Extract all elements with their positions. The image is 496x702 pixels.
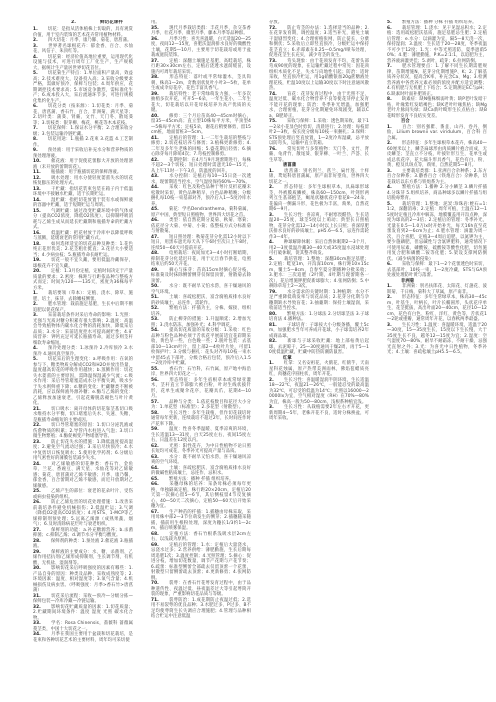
item-number: 62. [151,444,159,449]
text-column-4: 5.繁殖方法：播种 分株 扦插 组织培养。6.栽培管理：1.浇水：见干见湿忌积水… [387,20,487,688]
list-item: 44.采收：红色及粉色品种于萼片反折花瓣未松散时采切，黄色品种稍早，白色品种稍晚… [151,185,251,207]
list-item: 18.如何选择适宜的切花品种及种类：1.花色纯正花形优美；2.花茎粗壮挺直；3.… [33,242,133,259]
item-number: 7. [387,64,392,69]
item-number: 51. [151,295,159,300]
item-text: 红掌：又名安祖花、火鹤花、红鹤芋，天南星科花烛属，原产热带美洲雨林，佛焰苞蜡质亮… [269,361,369,377]
item-text: 切花菊生产特点：1.单位面积产量高，效益高；2.技术难度大，设备投入高；3.采收… [33,71,133,104]
list-item: 2.肥水管理：栽前施足基肥，生长中后期不断追肥以促花保产。 [33,302,133,313]
item-text: 繁殖方法：扦插为主，分株、嫁接、组织培养。 [151,306,251,317]
item-number: 6. [387,26,392,31]
item-number: 81. [269,323,277,328]
item-number: 1. [33,291,38,296]
list-item: 35.现代月季栽培类群：丰花月季、杂交茶香月季、壮花月季、微型月季、藤本月季等品… [151,26,251,37]
list-item: 19.切花一般不宜久藏，要用低温冷藏保存，球根花卉不宜久藏。 [33,258,133,269]
list-item: 25.乙烯产生的部位：衰老的花朵叶片、受伤或病虫侵染的组织。 [33,489,133,500]
list-item: 29.保鲜液的主要成分：水、糖、杀菌剂、乙烯作用拮抗剂/乙烯形成抑制剂、生长调节… [33,550,133,567]
document-page: 2. 鲜切花课件 1.切花：是指从活体植株上切取的，具有观赏价值，用于室内装饰的… [0,0,496,702]
item-text: 肥水管理要点：1.了解不同生长期需肥规律，苗期增施N，花芽分化期增施P、K；2.… [387,64,487,97]
item-text: 保鲜液的主要成分：水、糖、杀菌剂、乙烯作用拮抗剂/乙烯形成抑制剂、生长调节剂、有… [33,550,133,566]
item-number: 2. [269,378,274,383]
list-item: 13.干贮藏：指切花装束包装在箱子内于低温环境中不接触水贮藏，适于长期贮运。 [33,187,133,198]
item-number: 5. [33,357,38,362]
list-item: 46.类型：依自然花期分夏菊、秋菊、寒菊；依花径分大菊、中菊、小菊；依整枝方式分… [151,218,251,235]
list-item: 56.形态特征：多年生宿根草本或常绿亚灌木，茎秆直立节部膨大被白粉，叶对生线状披… [151,378,251,400]
item-number: 40. [151,114,159,119]
list-item: 4.种球解除休眠：采后自然休眠期2—3个月，用2—3度低温冷藏30—40天或35… [269,240,369,257]
item-text: 月季习性：喜光喜温暖，白天适温20—25度，夜间12—15度，喜肥沃湿润排水良好… [151,37,251,59]
item-text: 切花分类（按来源）：1.切花类：月季、菊花、唐菖蒲、香石竹、百合、非洲菊、满天星… [33,104,133,126]
item-number: 46. [151,218,159,223]
list-item: 28.保鲜剂的种类：1.预处液 2.催花液 3.瓶插液。 [33,539,133,550]
item-text: 唐菖蒲：别名剑兰、菖兰、扁竹莲、十样锦，鸢尾科唐菖蒲属，原产南非好望角，世界四大… [269,169,369,185]
list-item: 1.红掌：又名安祖花、火鹤花、红鹤芋，天南星科花烛属，原产热带美洲雨林，佛焰苞蜡… [269,361,369,378]
list-item: 3.世界著名球根花卉：郁金香、百合、水仙花、风信子、朱顶红等。 [33,44,133,55]
list-item: 2.形态特征：多年生球根草本，具扁球形球茎，外被膜质鳞被，株高60—150cm，… [269,185,369,213]
item-text: 摘心与抹芽：苗高15cm时摘心促分枝，标准菊及时抹除侧蕾侧芽仅保留顶蕾，射散菊去… [151,268,251,284]
item-text: 生长习性：多年生栽植，但作切花栽培时通常每年更新，连续栽培不超过2年，长时间连作… [151,411,251,427]
item-text: 栽培管理：1.整地：深翻30cm施足基肥；2.定植：畦宽1m，开沟深10cm，株… [269,257,369,290]
list-item: 69.定植后的管理：1.水：定植后大量浇水，忌浇水过多；2.营养供给：薄肥勤施，… [151,543,251,582]
list-item: 43.水分控制：定植后每10—15日浇一次透水，现蕾期适当控水，空气湿度保持60… [151,174,251,185]
item-number: 44. [151,185,159,190]
list-item: 50.水分：既不耐旱又怕水涝，喜干燥通风的空气环境。 [151,284,251,295]
item-number: 56. [151,378,159,383]
item-number: 3. [269,213,274,218]
item-number: 30. [33,566,41,571]
list-item: 76.常见切叶与多浆植物：天门冬、文竹、肾蕨、龟背竹、散尾葵、银芽柳、一叶兰、芦… [269,147,369,164]
item-number: 54. [151,328,159,333]
item-number: 55. [151,367,159,372]
item-number: 2. [269,185,274,190]
text-column-1: 2. 鲜切花课件 1.切花：是指从活体植株上切取的，具有观赏价值，用于室内装饰的… [33,20,133,688]
item-number: 68. [151,532,159,537]
list-item: 2.形态特征：多年生球根草本花卉，株高40—60厘米以上，鳞茎扁球形由肉质鳞片抱… [387,141,487,169]
list-item: 47.短日照处理：秋菊花芽分化需12小时以下短日，用黑布遮光每天从下午6时至次日… [151,235,251,252]
item-text: 短日照处理：秋菊花芽分化需12小时以下短日，用黑布遮光每天从下午6时至次日上午8… [151,235,251,251]
item-text: 生长习性：从栽植需要2年左右才开花，更新周期4—5年，老株开花不良，适时分株换盆… [269,405,369,421]
list-item: 30.影响切花采后呼吸强度的因素有哪些：1.产品自身的原因：种类及品种、采收成熟… [33,566,133,594]
item-number: 39. [151,92,159,97]
item-number: 63. [151,455,159,460]
item-number: 20. [33,269,41,274]
item-text: 气调贮藏：通过改变贮藏环境中的气体成分（提高CO2浓度、降低O2浓度），以抑制呼… [33,209,133,231]
item-text: 用。 [151,20,160,25]
list-item: 81.子球培育：子球按大小分级条播，覆土5cm，加强肥水当年可养成开花球，小子球… [269,323,369,340]
list-item: 14.湿贮藏：指把切花放置于装有水或保鲜液的容器中贮藏，适于短期贮运与周转。 [33,198,133,209]
list-item: 5.栽培管理：1.整地：泥炭:珍珠岩:蛭石=1:1:2，深翻消毒；2.定植：周年… [387,202,487,263]
list-item: 6.栽培管理：1.浇水：见干见湿忌积水；2.定植：选用疏松肥沃基质，施足基肥忌生… [387,26,487,65]
item-text: 唐菖蒲 [283,163,296,168]
item-text: 切花保鲜：1.保证水分平衡；2.合理采收分级；3.包装运输冷链贮藏。 [33,126,133,137]
list-item: 1.栽培要领（草本）：定植、浇水、除草、施肥、培土、抹芽、去除嫩枝侧蕾。 [33,291,133,302]
text-column-2: 用。35.现代月季栽培类群：丰花月季、杂交茶香月季、壮花月季、微型月季、藤本月季… [151,20,251,688]
item-text: 采收与保鲜：1.采收：透色期采收，最下1—2朵小花显色时剪切，清晨进行；2.处理… [269,119,369,146]
item-text: 肥水管理：栽前施足基肥，生长中后期不断追肥以促花保产。 [33,302,133,313]
item-text: 对乙烯敏感的切花种类：香石竹、金鱼草、兰花、香豌豆、满天星、水仙花等对乙烯敏感；… [33,462,133,489]
item-text: 生长习性：喜温暖湿润半阴环境，生长适温18—22℃，夜温21—26℃，一般能忍受… [269,378,369,405]
item-number: 50. [151,284,159,289]
item-text: 定植：1.3月份定植，定植时间决定于产量质量的要求；2.密度：株距与行距依品种与… [33,269,133,291]
item-number: 12. [33,176,41,181]
list-item: 59.温度：性喜冬季温暖、夏季凉爽的环境，生长适温13—31度，白天25度左右，… [151,427,251,444]
item-number: 49. [151,268,159,273]
item-number: 4. [33,346,38,351]
list-item: 67.生产种苗的扦插：1.插穗由母株采取，采用母株中部2—3节位萌发生的侧芽；2… [151,510,251,532]
item-number: 13. [33,187,41,192]
item-text: 新球与子球采收贮藏：地上部枯黄后起球，去泥晾干，25—30度通风干燥2周，再于5… [269,339,369,355]
item-text: 采穗母株的培养：采条母株必须每年更换，单独隔离定植，株行距20×20cm，定植后… [151,482,251,509]
item-text: 世界著名球根花卉：郁金香、百合、水仙花、风信子、朱顶红等。 [33,44,133,55]
list-item: 5.栽培管理：1.整地：深翻30cm施足基肥；2.定植：畦宽1m，开沟深10cm… [269,257,369,290]
item-text: 提高切花质量的采收分级：1.采收：红色品种与粉色品种必须于舌状花平展前适宜花彩期… [151,328,251,366]
item-number: 52. [151,306,159,311]
item-number: 43. [151,174,159,179]
item-number: 28. [33,539,41,544]
item-text: 采前栽培条件对采后寿命的影响：1.光照：光强与光质对糖分积累有很大影响；2.温度… [33,313,133,346]
list-item: 53.防止柳芽的措施：1.升温顺延；2.增加光照；3.浇水防冻，加强补光；4.科… [151,317,251,328]
item-number: 10. [33,159,41,164]
item-text: 繁殖方法：播种 分株 扦插 组织培养。 [402,20,477,25]
list-item: 21.切口吸水：离开母体的切花靠茎基切口吸水维持水分平衡，切口堵塞后失水、失速、… [33,407,133,424]
item-number: 71. [151,598,159,603]
item-text: 切花菊：经济价值高地位重要，运用现代化设施与技术，可进行周年工厂化生产，生产规模… [33,55,133,71]
item-number: 5. [269,257,274,262]
item-text: 保鲜剂的种类：1.预处液 2.催花液 3.瓶插液。 [33,539,133,550]
list-item: 66.采穗母株的培养：采条母株必须每年更换，单独隔离定植，株行距20×20cm，… [151,482,251,510]
item-number: 67. [151,510,159,515]
item-number: 3. [387,169,392,174]
list-item: 64.土壤：喜疏松肥沃、富含腐殖质排水良好的微碱性粘质壤土，忌连作、忌积水。 [151,466,251,477]
item-number: 18. [33,242,41,247]
list-item: 54.提高切花质量的采收分级：1.采收：红色品种与粉色品种必须于舌状花平展前适宜… [151,328,251,367]
item-text: 如何选择适宜的切花品种及种类：1.花色纯正花形优美；2.花茎粗壮挺直；3.花径大… [33,242,133,258]
list-item: 42.花期控制：在4月与9月现蕾期进行，每株不超2—3个切枝；短日处理时需遮光1… [151,158,251,175]
list-item: 79.水分需求的关键时期：1.种植期：水分不足严重降低萌发率与切花品质；2.花芽… [269,290,369,312]
item-number: 34. [33,632,41,637]
item-text: 吸水处理：用水分使轻度萎蔫失水的切花恢复膨压的处理方式。 [33,176,133,187]
list-item: 16.低温贮藏：把花材放于冷库中以降低呼吸与蒸腾，延缓衰老的常用贮藏方式。 [33,231,133,242]
item-text: 栽培特性：老干常绿萌发力强，一年多次抽梢多次开花，可开5—6朵，一年生花小，二年… [151,92,251,114]
item-number: 66. [151,482,159,487]
list-item: 63.水分：既不耐旱又怕水涝，喜干燥通风凉爽的空气环境。 [151,455,251,466]
item-text: 栽培管理：1.浇水：见干见湿忌积水；2.定植：选用疏松肥沃基质，施足基肥忌生肥；… [387,26,487,64]
list-item: 5.切花采后的生理变化：a.呼吸作用：在氧的参与下，糖类物质分解成CO2和H2O… [33,357,133,407]
item-number: 73. [269,59,277,64]
item-number: 1. [269,169,274,174]
list-item: 58.生长习性：多年生栽植，但作切花栽培时通常每年更新，连续栽培不超过2年，长时… [151,411,251,428]
item-number: 57. [151,400,159,405]
item-number: 2. [33,302,38,307]
item-text: 繁殖方法：1.播种 2.分小鳞茎 3.鳞片扦插 4.分珠芽 5.组织培养，商品种… [387,185,487,201]
list-item: 68.定植方法：香石竹根系浅吸水层2cm左右，以浅栽为原则。 [151,532,251,543]
item-text: 水分：既不耐旱又怕水涝，喜干燥通风凉爽的空气环境。 [151,455,251,466]
item-number: 59. [151,427,159,432]
list-item: 45.菊花：学名Dendranthema，菊科菊属，原产中国，典型短日照植物，世… [151,207,251,218]
item-number: 70. [151,581,159,586]
item-number: 5. [387,202,392,207]
item-text: 温度：性喜冬季温暖、夏季凉爽的环境，生长适温13—31度，白天25度左右，夜间1… [151,427,251,443]
list-item: 3.生长习性：从栽植需要2年左右才开花，更新周期4—5年，老株开花不良，适时分株… [269,405,369,422]
item-text: 裂萼：在香石竹花萼发育过程中，由于品种遗传性、夜温过低、昼夜温差过大等引起萼筒开… [151,581,251,597]
item-number: 23. [33,440,41,445]
item-text: 电照栽培：夜间加光3—4小时打断暗期，抑制花芽分化延迟开花，用于元旦春节供花，电… [151,251,251,267]
list-item: 82.新球与子球采收贮藏：地上部枯黄后起球，去泥晾干，25—30度通风干燥2周，… [269,339,369,356]
item-text: 主要栽培类群：1.亚洲百合杂种系；2.东方百合杂种系；3.麝香百合（铁炮百合）杂… [387,169,487,185]
list-item: 71.裂萼防治：1.成花期防止夜温过低；2.选用不易裂萼的优良品种；3.水肥过多… [151,598,251,620]
item-number: 29. [33,550,41,555]
item-number: 1. [269,361,274,366]
item-text: 催花液：用于促使花蕾膨大开放的处理溶液（未开放的蕾期切花）。 [33,159,133,170]
item-text: 采收：红色及粉色品种于萼片反折花瓣未松散时采切，黄色品种稍早，白色品种稍晚；分级… [151,185,251,207]
item-number: 21. [33,407,41,412]
item-text: 非洲菊 [401,279,414,284]
item-text: 生长习性：喜凉爽，不耐寒畏酷热，生长适温20—25度，球茎5度以上萌动；典型长日… [269,213,369,240]
item-number: 15. [33,209,41,214]
list-item: 74.盲花：花芽发育过程中，由于光照不足、温度过低、碳水化合物营养不良等使花芽停… [269,92,369,120]
item-text: 形态特征：多年生球根草本，具扁球形球茎，外被膜质鳞被，株高60—150cm，叶剑… [269,185,369,212]
item-text: 栽培要领（草本）：定植、浇水、除草、施肥、培土、抹芽、去除嫩枝侧蕾。 [33,291,133,302]
list-item: 57.品种与分类：1.依花枝数目和花径大小分为：1.单花型（标准型）；2.多花型… [151,400,251,411]
list-item: 3.生长习性：1.温度：喜温暖环境，适温于20—30度，15—35度生长，15度… [387,323,487,356]
item-number: 65. [151,477,159,482]
item-number: 82. [269,339,277,344]
item-text: 瓶插液：用于瓶插切花的保鲜溶液。 [51,170,121,175]
list-item: 52.繁殖方法：扦插为主，分株、嫁接、组织培养。 [151,306,251,317]
item-text: 常见切叶与多浆植物：天门冬、文竹、肾蕨、龟背竹、散尾葵、银芽柳、一叶兰、芦荟、长… [269,147,369,163]
list-item: 15.气调贮藏：通过改变贮藏环境中的气体成分（提高CO2浓度、降低O2浓度），以… [33,209,133,231]
list-item: 3.采前栽培条件对采后寿命的影响：1.光照：光强与光质对糖分积累有很大影响；2.… [33,313,133,346]
list-item: 80.繁殖方法：1.分球法 2.分切球茎法 3.子球培育法 4.播种法。 [269,312,369,323]
list-item: 1.唐菖蒲：别名剑兰、菖兰、扁竹莲、十样锦，鸢尾科唐菖蒲属，原产南非好望角，世界… [269,169,369,186]
item-number: 4. [269,240,274,245]
item-number: 27. [33,528,41,533]
list-item: 9.预处液：用于采收后补充水分和营养物质的预处理溶液。 [33,148,133,159]
item-text: 类型：依自然花期分夏菊、秋菊、寒菊；依花径分大菊、中菊、小菊；依整枝方式分标准菊… [151,218,251,234]
item-number: 2. [387,141,392,146]
item-text: 种球解除休眠：采后自然休眠期2—3个月，用2—3度低温冷藏30—40天或35度温… [269,240,369,256]
item-number: 4. [387,185,392,190]
item-number: 3. [269,405,274,410]
item-text: 形态特征：多年生宿根草本或常绿亚灌木，茎秆直立节部膨大被白粉，叶对生线状披针形，… [151,378,251,400]
item-number: 7. [33,126,38,131]
text-column-3: 存放。72.防止弯茎的办法：1.选择适当的品种；2.在花芽发育期，调控温度；3.… [269,20,369,688]
item-number: 33. [33,621,41,626]
item-text: 低温贮藏：把花材放于冷库中以降低呼吸与蒸腾，延缓衰老的常用贮藏方式。 [33,231,133,242]
item-number: 37. [151,59,159,64]
item-number: 64. [151,466,159,471]
item-number: 6. [387,262,392,267]
list-item: 3.主要栽培类群：1.亚洲百合杂种系；2.东方百合杂种系；3.麝香百合（铁炮百合… [387,169,487,186]
list-item: 27.保鲜剂的功能：a.补充糖源营养；b.杀菌抑菌；c.抑制乙烯；d.调节水分平… [33,528,133,539]
item-text: 采收与保鲜：最下1—2个花蕾透色时采切，去基部叶，10枝一束，1—2度冷藏，ST… [387,262,487,278]
list-item: 23.防止切花失水的措施：1.降低温度提高湿度；2.避免空气流动过强；3.采后尽… [33,440,133,462]
list-item: 12.吸水处理：用水分使轻度萎蔫失水的切花恢复膨压的处理方式。 [33,176,133,187]
list-item: 7.切花保鲜：1.保证水分平衡；2.合理采收分级；3.包装运输冷链贮藏。 [33,126,133,137]
item-text: 光照：阳性花卉，为中日性植物不论日照长短均可成花，冬季补光可提高产量与品质。 [151,444,251,455]
item-number: 26. [33,500,41,505]
item-number: 1. [387,125,392,130]
item-number: 25. [33,489,41,494]
columns-container: 2. 鲜切花课件 1.切花：是指从活体植株上切取的，具有观赏价值，用于室内装饰的… [33,20,487,688]
item-text: 香石竹：石竹科，石竹属，原产地中海沿岸，世界四大切花之一。 [151,367,251,378]
item-text: 防止切花失水的措施：1.降低温度提高湿度；2.避免空气流动过强；3.采后尽快预冷… [33,440,133,462]
item-text: 生长习性：1.温度：喜温暖环境，适温于20—30度，15—35度生长，15度以下… [387,323,487,356]
item-text: 弯头现象：由于花颈发育不均，花蕾头部弯成90度的现象，在运输贮藏过程中常见：因花… [269,59,369,92]
item-number: 9. [33,148,38,153]
list-item: 37.定植：深翻土壤施足基肥，高畦栽培，株行距30×30cm左右，定植后浇透水遮… [151,59,251,76]
item-number: 47. [151,235,159,240]
item-text: 防止柳芽的措施：1.升温顺延；2.增加光照；3.浇水防冻，加强补光；4.科学调花… [151,317,251,328]
item-number: 14. [33,198,41,203]
item-text: 缺素症：缺N植株细弱叶黄；缺P老叶发暗干枯，叶缘紫红发暗褐色；缺K老叶叶缘焦枯；… [387,97,487,119]
item-number: 41. [151,136,159,141]
item-text: 保鲜剂的功能：a.补充糖源营养；b.杀菌抑菌；c.抑制乙烯；d.调节水分平衡与酸… [33,528,133,539]
item-text: 盲花：花芽发育过程中，由于光照不足、温度过低、碳水化合物营养不良等使花芽停止发育… [269,92,369,119]
list-item: 20.定植：1.3月份定植，定植时间决定于产量质量的要求；2.密度：株距与行距依… [33,269,133,291]
item-number: 3. [387,323,392,328]
item-number: 3. [33,313,38,318]
item-text: 干贮藏：指切花装束包装在箱子内于低温环境中不接触水贮藏，适于长期贮运。 [33,187,133,198]
item-text: 百合 [401,119,410,124]
list-item: 36.月季习性：喜光喜温暖，白天适温20—25度，夜间12—15度，喜肥沃湿润排… [151,37,251,59]
list-item: 31.切花采后流程：采收—预冷—分级分拣—保鲜包装—冷库冷藏—冷链运输。 [33,594,133,605]
item-text: 花期控制：在4月与9月现蕾期进行，每株不超2—3个切枝；短日处理时需遮光10—1… [151,158,251,174]
item-text: 形态特征：多年生常绿草本，株高30—45cm，叶基生，叶柄长，叶片长椭圆形，头状… [387,295,487,322]
list-item: 2.生长习性：喜温暖湿润半阴环境，生长适温18—22℃，夜温21—26℃，一般能… [269,378,369,406]
list-item: 62.光照：阳性花卉，为中日性植物不论日照长短均可成花，冬季补光可提高产量与品质… [151,444,251,455]
item-number: 74. [269,92,277,97]
item-text: 现代月季栽培类群：丰花月季、杂交茶香月季、壮花月季、微型月季、藤本月季等品种群。 [151,26,251,37]
item-number: 31. [33,594,41,599]
item-number: 32. [33,605,41,610]
item-number: 4. [33,55,38,60]
list-item: 7.肥水管理要点：1.了解不同生长期需肥规律，苗期增施N，花芽分化期增施P、K；… [387,64,487,97]
list-item: 4.繁殖方法：1.播种 2.分小鳞茎 3.鳞片扦插 4.分珠芽 5.组织培养，商… [387,185,487,202]
item-number: 80. [269,312,277,317]
item-text: 红掌 [283,356,292,361]
item-text: 繁殖方法：播种 扦插 组织培养。 [169,477,234,482]
list-item: 40.修剪：三个月后苗高40—45cm时摘心，留35—45cm高；直立型10株每… [151,114,251,136]
list-item: 73.弯头现象：由于花颈发育不均，花蕾头部弯成90度的现象，在运输贮藏过程中常见… [269,59,369,92]
item-text: 栽培管理：1.整地：泥炭:珍珠岩:蛭石=1:1:2，深翻消毒；2.定植：周年可植… [387,202,487,262]
item-text: 水分需求的关键时期：1.种植期：水分不足严重降低萌发率与切花品质；2.花芽分化期… [269,290,369,312]
list-item: 75.采收与保鲜：1.采收：透色期采收，最下1—2朵小花显色时剪切，清晨进行；2… [269,119,369,147]
item-text: 百合：别名强瞿、番韭、山丹、卷丹、倒仙，Lilium brownii var. … [387,125,487,141]
item-text: 定植后的管理：1.一二年生栽培的整枝与修剪；2.切花枝培养与修剪；3.植株更新修… [151,136,251,158]
item-number: 8. [387,97,392,102]
list-item: 4.切花菊：经济价值高地位重要，运用现代化设施与技术，可进行周年工厂化生产，生产… [33,55,133,72]
list-item: 22.切口导管堵塞的原因：1.切口分泌乳液或伤愈物质的积累；2.导管内水柱进入气… [33,423,133,440]
list-item: 41.定植后的管理：1.一二年生栽培的整枝与修剪；2.切花枝培养与修剪；3.植株… [151,136,251,158]
item-text: 定植方法：香石竹根系浅吸水层2cm左右，以浅栽为原则。 [151,532,251,543]
list-item: 49.摘心与抹芽：苗高15cm时摘心促分枝，标准菊及时抹除侧蕾侧芽仅保留顶蕾，射… [151,268,251,285]
list-item: 10.催花液：用于促使花蕾膨大开放的处理溶液（未开放的蕾期切花）。 [33,159,133,170]
item-number: 36. [151,37,159,42]
list-item: 1.百合：别名强瞿、番韭、山丹、卷丹、倒仙，Lilium brownii var… [387,125,487,142]
item-number: 35. [151,26,159,31]
list-item: 72.防止弯茎的办法：1.选择适当的品种；2.在花芽发育期，调控温度；3.适当补… [269,26,369,59]
item-number: 76. [269,147,277,152]
item-number: 22. [33,423,41,428]
item-text: 四大切花：月季、康乃馨、菊花、唐菖蒲。 [48,38,132,43]
item-number: 58. [151,411,159,416]
item-text: 切花一般不宜久藏，要用低温冷藏保存，球根花卉不宜久藏。 [33,258,133,269]
list-item: 6.采收与保鲜：最下1—2个花蕾透色时采切，去基部叶，10枝一束，1—2度冷藏，… [387,262,487,279]
item-number: 2. [33,38,38,43]
list-item: 70.裂萼：在香石竹花萼发育过程中，由于品种遗传性、夜温过低、昼夜温差过大等引起… [151,581,251,598]
list-item: 5.切花菊生产特点：1.单位面积产量高，效益高；2.技术难度大，设备投入高；3.… [33,71,133,104]
item-number: 72. [269,26,277,31]
item-number: 2. [387,295,392,300]
item-number: 1. [387,284,392,289]
item-text: 切花采后的生理变化：a.呼吸作用：在氧的参与下，糖类物质分解成CO2和H2O并放… [33,357,133,406]
item-number: 24. [33,462,41,467]
list-item: 26.防止乙烯危害的切花处理措施：1.改善采前栽培条件避免机械损伤；2.低温贮运… [33,500,133,528]
list-item: 34.月季在我国主要用于盆栽和切花栽培，是花束和各种切花艺术的主要材料，周年均可… [33,632,133,643]
item-text: 影响切花贮藏质量的因素：1.切花质量；2.贮藏期间环境条件：温度 湿度 光照 碳… [33,605,133,621]
item-text: 非洲菊：别名扶郎花、太阳花、灯盏花、波斯菊、千日梅，菊科大丁草属，原产南非。 [387,284,487,295]
list-item: 8.缺素症：缺N植株细弱叶黄；缺P老叶发暗干枯，叶缘紫红发暗褐色；缺K老叶叶缘焦… [387,97,487,119]
item-text: 预冷处理分类：1.冰预冷 2.冷库预冷 3.水预冷 4.通风真空预冷。 [33,346,133,357]
item-text: 防止乙烯危害的切花处理措施：1.改善采前栽培条件避免机械损伤；2.低温贮运；3.… [33,500,133,527]
list-item: 2.形态特征：多年生常绿草本，株高30—45cm，叶基生，叶柄长，叶片长椭圆形，… [387,295,487,323]
item-number: 11. [33,170,41,175]
item-number: 3. [33,44,38,49]
item-number: 6. [33,104,38,109]
item-text: 湿贮藏：指把切花放置于装有水或保鲜液的容器中贮藏，适于短期贮运与周转。 [33,198,133,209]
item-text: 定植后的管理：1.水：定植后大量浇水，忌浇水过多；2.营养供给：薄肥勤施，生长后… [151,543,251,581]
list-item: 51.土壤：喜疏松肥沃、富含腐殖质排水良好的砂质壤土，忌连作，需轮作。 [151,295,251,306]
item-text: 子球培育：子球按大小分级条播，覆土5cm，加强肥水当年可养成开花球，小子球需培养… [269,323,369,339]
item-text: 预处液：用于采收后补充水分和营养物质的预处理溶液。 [33,148,133,159]
item-text: 切口吸水：离开母体的切花靠茎基切口吸水维持水分平衡，切口堵塞后失水、失速、失糖，… [33,407,133,423]
document-header: 2. 鲜切花课件 [33,20,133,26]
item-text: 水分：既不耐旱又怕水涝，喜干燥通风的空气环境。 [151,284,251,295]
item-text: 水分控制：定植后每10—15日浇一次透水，现蕾期适当控水，空气湿度保持60%—7… [151,174,251,185]
header-number: 2. [71,20,76,26]
item-text: 存放。 [269,20,282,25]
item-number: 8. [33,137,38,142]
list-item: 24.对乙烯敏感的切花种类：香石竹、金鱼草、兰花、香豌豆、满天星、水仙花等对乙烯… [33,462,133,490]
item-text: 形态特征：多年生球根草本花卉，株高40—60厘米以上，鳞茎扁球形由肉质鳞片抱合而… [387,141,487,168]
item-text: 切花：是指从活体植株上切取的，具有观赏价值，用于室内装饰的艺术花卉常用植物材料。 [33,27,133,38]
list-item: 1.非洲菊：别名扶郎花、太阳花、灯盏花、波斯菊、千日梅，菊科大丁草属，原产南非。 [387,284,487,295]
item-text: 切口导管堵塞的原因：1.切口分泌乳液或伤愈物质的积累；2.导管内水柱进入气泡；3… [33,423,133,439]
item-number: 48. [151,251,159,256]
item-number: 79. [269,290,277,295]
list-item: 32.影响切花贮藏质量的因素：1.切花质量；2.贮藏期间环境条件：温度 湿度 光… [33,605,133,622]
item-text: 土壤：喜疏松肥沃、富含腐殖质排水良好的微碱性粘质壤土，忌连作、忌积水。 [151,466,251,477]
list-item: 8.切花用途：1.瓶插 2.花束 3.花篮 4.工艺制作。 [33,137,133,148]
item-number: 16. [33,231,41,236]
item-number: 5. [387,20,392,25]
item-text: 切花采后流程：采收—预冷—分级分拣—保鲜包装—冷库冷藏—冷链运输。 [33,594,133,605]
item-number: 45. [151,207,159,212]
list-item: 38.形态特征：落叶或半常绿灌木，茎具钩刺，株高1—2m，奇数羽状复叶小叶3—5… [151,75,251,92]
list-item: 39.栽培特性：老干常绿萌发力强，一年多次抽梢多次开花，可开5—6朵，一年生花小… [151,92,251,114]
item-text: 月季在我国主要用于盆栽和切花栽培，是花束和各种切花艺术的主要材料，周年均可采切使 [33,632,133,643]
list-item: 33.学名：Rosa Chinensis，蔷薇科 蔷薇属 蔓茎类，中国十大切花之… [33,621,133,632]
item-number: 42. [151,158,159,163]
item-text: 影响切花采后呼吸强度的因素有哪些：1.产品自身的原因：种类及品种、采收成熟度等；… [33,566,133,593]
item-text: 菊花：学名Dendranthema，菊科菊属，原产中国，典型短日照植物，世界四大… [151,207,251,218]
item-text: 修剪：三个月后苗高40—45cm时摘心，留35—45cm高；直立型10株每平方米… [151,114,251,136]
item-text: 防止弯茎的办法：1.选择适当的品种；2.在花芽发育期，调控温度；3.适当补光，避… [269,26,369,59]
item-text: 土壤：喜疏松肥沃、富含腐殖质排水良好的砂质壤土，忌连作，需轮作。 [151,295,251,306]
item-text: 定植：深翻土壤施足基肥，高畦栽培，株行距30×30cm左右，定植后浇透水遮荫缓苗… [151,59,251,75]
item-text: 生产种苗的扦插：1.插穗由母株采取，采用母株中部2—3节位萌发生的侧芽；2.插穗… [151,510,251,532]
item-text: 品种与分类：1.依花枝数目和花径大小分为：1.单花型（标准型）；2.多花型（射散… [151,400,251,411]
